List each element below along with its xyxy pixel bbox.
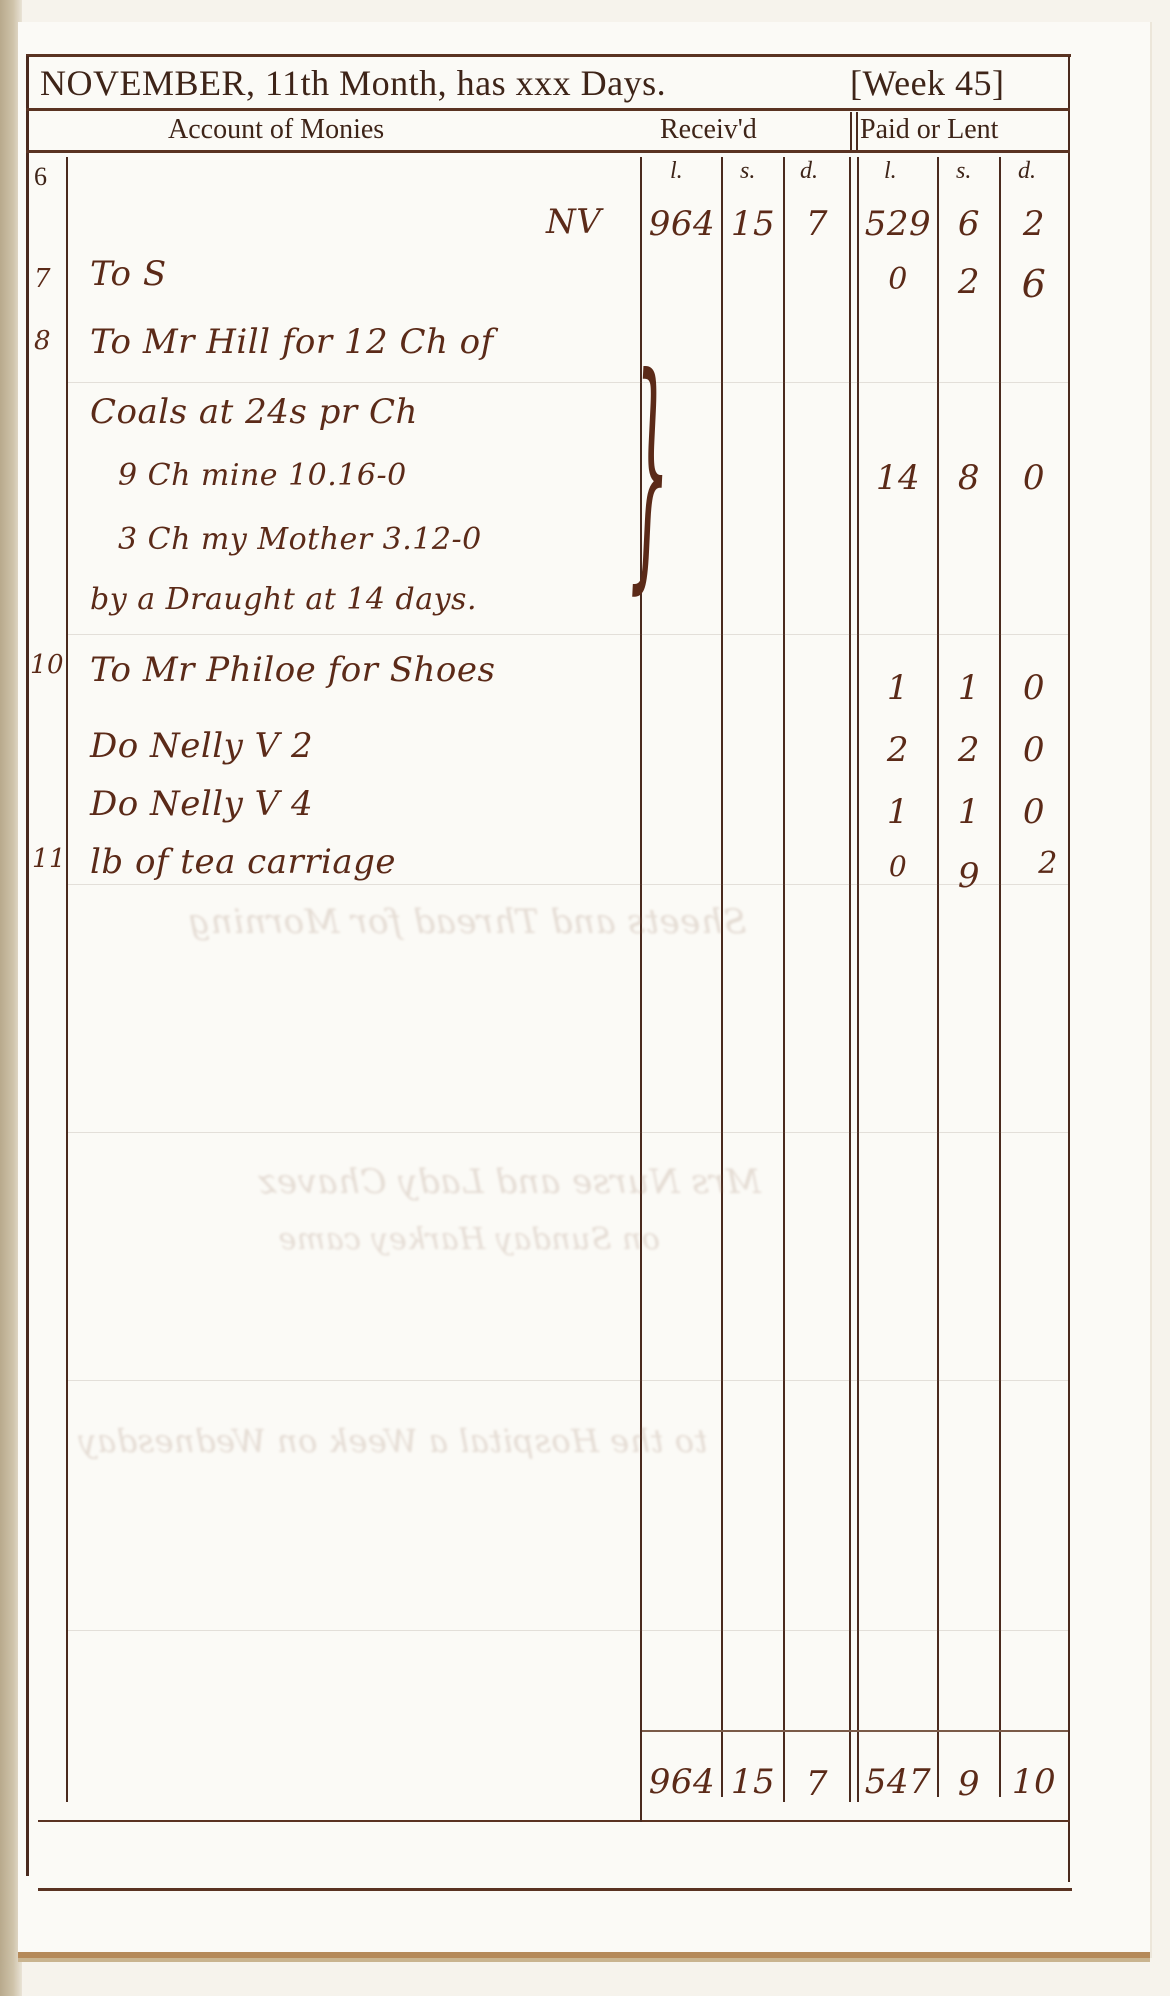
paid-s-line: [937, 157, 939, 1797]
header-double-rule-a: [850, 112, 852, 150]
faint-row-line: [68, 634, 1068, 635]
entry-6-received-l: 964: [642, 204, 722, 244]
entry-8-line-4: 3 Ch my Mother 3.12-0: [118, 522, 482, 557]
unit-received-l: l.: [670, 158, 683, 185]
top-rule: [26, 54, 1071, 57]
entry-10-paid-s: 1: [939, 668, 999, 708]
bleed-through-text: to the Hospital a Week on Wednesday: [78, 1422, 707, 1460]
bleed-through-text: Sheets and Thread for Morning: [188, 902, 746, 942]
colhead-rule: [26, 150, 1070, 153]
unit-received-d: d.: [800, 158, 818, 185]
left-outer-border: [26, 56, 29, 1876]
faint-row-line: [68, 1630, 1068, 1631]
entry-nelly-2-paid-d: 0: [1001, 730, 1067, 770]
header-double-rule-b: [856, 112, 858, 150]
entry-nelly-4-text: Do Nelly V 4: [90, 784, 313, 824]
column-header-account: Account of Monies: [168, 114, 384, 146]
week-label: [Week 45]: [850, 62, 1005, 104]
faint-row-line: [68, 884, 1068, 885]
bottom-outer-rule: [38, 1888, 1072, 1891]
unit-paid-d: d.: [1018, 158, 1036, 185]
entry-7-paid-s: 2: [939, 262, 999, 302]
entry-nelly-4-paid-d: 0: [1001, 792, 1067, 832]
date-6: 6: [34, 162, 47, 192]
unit-received-s: s.: [740, 158, 755, 185]
title-rule: [26, 108, 1070, 111]
faint-row-line: [68, 382, 1068, 383]
total-received-d: 7: [785, 1764, 849, 1804]
entry-8-paid-l: 14: [859, 458, 937, 498]
brace-mark: }: [630, 340, 670, 600]
entry-7-paid-d: 6: [1001, 262, 1067, 306]
entry-7-paid-l: 0: [859, 262, 937, 297]
received-s-line: [721, 157, 723, 1797]
entry-8-line-2: Coals at 24s pr Ch: [90, 392, 418, 432]
total-received-l: 964: [642, 1762, 722, 1802]
bleed-through-text: on Sunday Harkey came: [278, 1222, 660, 1257]
received-d-line: [783, 157, 785, 1802]
unit-paid-s: s.: [956, 158, 971, 185]
date-7: 7: [34, 264, 51, 294]
total-paid-s: 9: [939, 1764, 999, 1804]
total-paid-d: 10: [1001, 1762, 1067, 1802]
column-header-paid: Paid or Lent: [860, 114, 998, 146]
entry-10-paid-d: 0: [1001, 668, 1067, 708]
entry-6-received-s: 15: [723, 204, 783, 244]
date-8: 8: [34, 326, 51, 356]
entry-nelly-2-paid-l: 2: [859, 730, 937, 770]
faint-row-line: [68, 1380, 1068, 1381]
faint-row-line: [68, 1132, 1068, 1133]
entry-6-paid-l: 529: [859, 204, 937, 244]
paid-double-line-b: [857, 157, 859, 1802]
entry-nelly-2-paid-s: 2: [939, 730, 999, 770]
entry-6-received-d: 7: [785, 204, 849, 244]
entry-8-paid-s: 8: [939, 458, 999, 498]
date-column-line: [66, 157, 68, 1802]
entry-11-paid-l: 0: [859, 850, 937, 883]
column-header-received: Receiv'd: [660, 114, 757, 146]
sum-rule: [642, 1730, 1068, 1732]
entry-8-paid-d: 0: [1001, 458, 1067, 498]
total-paid-l: 547: [859, 1762, 937, 1802]
entry-11-paid-s: 9: [939, 856, 999, 896]
entry-6-paid-d: 2: [1001, 204, 1067, 244]
entry-nelly-4-paid-s: 1: [939, 792, 999, 832]
paid-d-line: [999, 157, 1001, 1797]
entry-11-paid-d: 2: [1028, 846, 1068, 881]
entry-8-line-3: 9 Ch mine 10.16-0: [118, 458, 407, 493]
bottom-inner-rule: [38, 1820, 1070, 1822]
ledger-page: NOVEMBER, 11th Month, has xxx Days. [Wee…: [18, 22, 1150, 1958]
paid-double-line-a: [849, 157, 851, 1802]
entry-nelly-4-paid-l: 1: [859, 792, 937, 832]
entry-7-text: To S: [90, 254, 167, 294]
page-title: NOVEMBER, 11th Month, has xxx Days.: [40, 62, 666, 104]
right-border: [1068, 56, 1070, 1882]
date-11: 11: [32, 844, 66, 874]
total-received-s: 15: [723, 1762, 783, 1802]
entry-8-line-5: by a Draught at 14 days.: [90, 582, 477, 617]
date-10: 10: [30, 650, 64, 680]
entry-nelly-2-text: Do Nelly V 2: [90, 726, 313, 766]
entry-10-text: To Mr Philoe for Shoes: [90, 650, 495, 690]
unit-paid-l: l.: [884, 158, 897, 185]
entry-8-line-1: To Mr Hill for 12 Ch of: [90, 322, 494, 362]
entry-6-paid-s: 6: [939, 204, 999, 244]
bleed-through-text: Mrs Nurse and Lady Chavez: [258, 1162, 761, 1202]
entry-6-text: NV: [546, 202, 601, 242]
entry-11-text: lb of tea carriage: [90, 842, 396, 882]
entry-10-paid-l: 1: [859, 668, 937, 708]
